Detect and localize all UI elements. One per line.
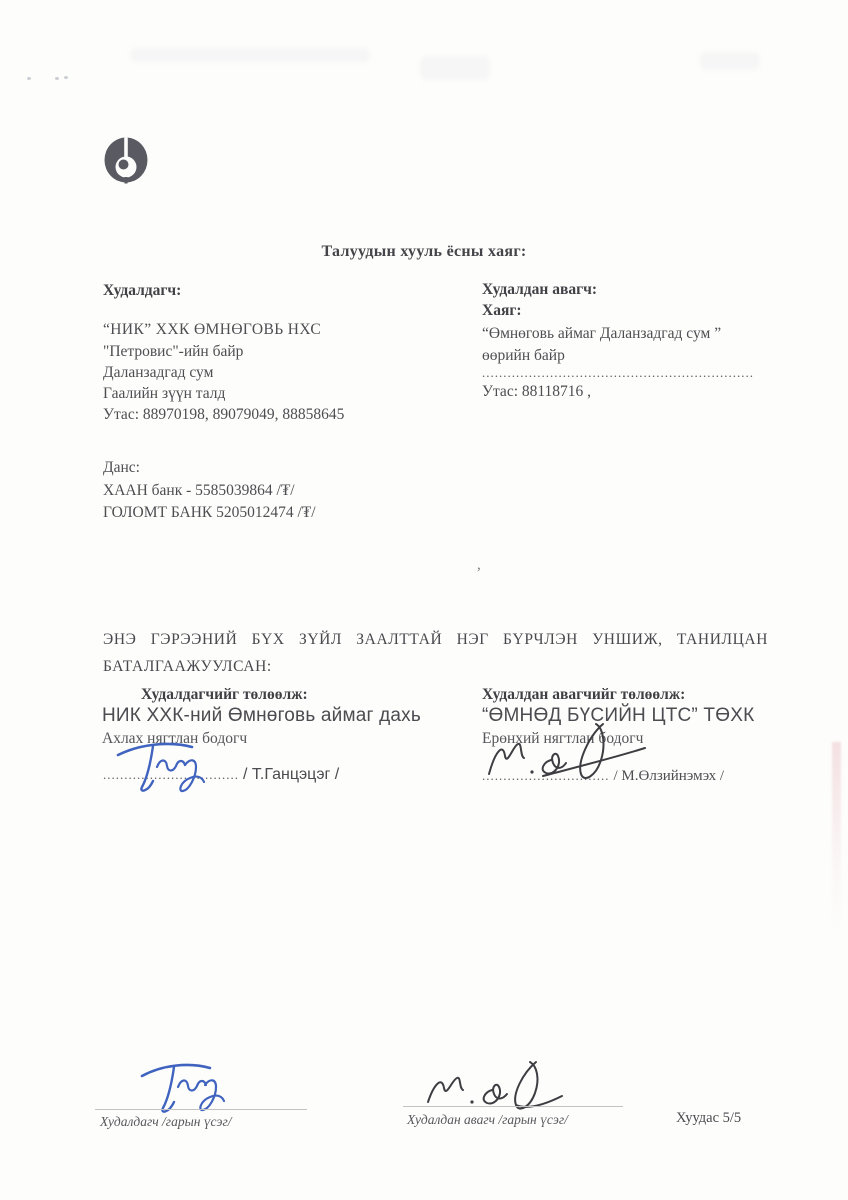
footer-seller-signature-icon bbox=[134, 1056, 254, 1114]
bank-account: ГОЛОМТ БАНК 5205012474 /₮/ bbox=[103, 502, 316, 524]
seller-address-line: Даланзадгад сум bbox=[103, 362, 213, 384]
buyer-address-label: Хаяг: bbox=[482, 302, 522, 320]
confirmation-text: ЭНЭ ГЭРЭЭНИЙ БҮХ ЗҮЙЛ ЗААЛТТАЙ НЭГ БҮРЧЛ… bbox=[103, 626, 768, 680]
footer-buyer-label: Худалдан авагч /гарын үсэг/ bbox=[407, 1112, 568, 1128]
seller-name: “НИК” ХХК ӨМНӨГОВЬ НХС bbox=[103, 319, 321, 341]
buyer-address-line: өөрийн байр bbox=[482, 345, 565, 367]
seller-address-line: "Петровис"-ийн байр bbox=[103, 341, 243, 363]
scan-speck bbox=[27, 77, 31, 80]
scan-smudge bbox=[700, 52, 760, 70]
buyer-phone: Утас: 88118716 , bbox=[482, 381, 591, 403]
page-number: Хуудас 5/5 bbox=[676, 1110, 741, 1127]
buyer-dotted-line: ........................................… bbox=[482, 365, 772, 381]
footer-seller-label: Худалдагч /гарын үсэг/ bbox=[100, 1114, 232, 1130]
seller-phone: Утас: 88970198, 89079049, 88858645 bbox=[103, 404, 344, 426]
buyer-heading: Худалдан авагч: bbox=[482, 281, 597, 299]
seller-signatory-heading: Худалдагчийг төлөөлж: bbox=[141, 686, 308, 704]
bank-heading: Данс: bbox=[103, 457, 140, 479]
scan-pink-streak bbox=[832, 742, 841, 927]
seller-signatory-org: НИК ХХК-ний Өмнөговь аймаг дахь bbox=[102, 705, 421, 727]
buyer-signature-icon bbox=[483, 718, 663, 786]
seller-heading: Худалдагч: bbox=[103, 282, 181, 300]
seller-address-line: Гаалийн зүүн талд bbox=[103, 383, 225, 405]
nic-logo-icon bbox=[103, 136, 149, 185]
scan-smudge bbox=[420, 56, 490, 80]
footer-buyer-signature-icon bbox=[420, 1058, 590, 1113]
scanned-contract-page: Талуудын хууль ёсны хаяг: Худалдагч: “НИ… bbox=[0, 0, 848, 1200]
scan-speck bbox=[64, 76, 68, 79]
buyer-signatory-heading: Худалдан авагчийг төлөөлж: bbox=[482, 686, 685, 704]
footer-seller-signature-line bbox=[95, 1109, 307, 1110]
page-title: Талуудын хууль ёсны хаяг: bbox=[0, 243, 848, 261]
footer-buyer-signature-line bbox=[403, 1106, 623, 1107]
bank-account: ХААН банк - 5585039864 /₮/ bbox=[103, 480, 295, 502]
buyer-name: “Өмнөговь аймаг Даланзадгад сум ” bbox=[482, 323, 721, 345]
stray-comma-mark: , bbox=[477, 557, 481, 574]
scan-smudge bbox=[130, 48, 370, 62]
seller-signature-icon bbox=[112, 734, 238, 794]
company-logo bbox=[103, 136, 149, 185]
scan-speck bbox=[55, 77, 59, 80]
seller-signatory-name: / Т.Ганцэцэг / bbox=[243, 766, 339, 783]
